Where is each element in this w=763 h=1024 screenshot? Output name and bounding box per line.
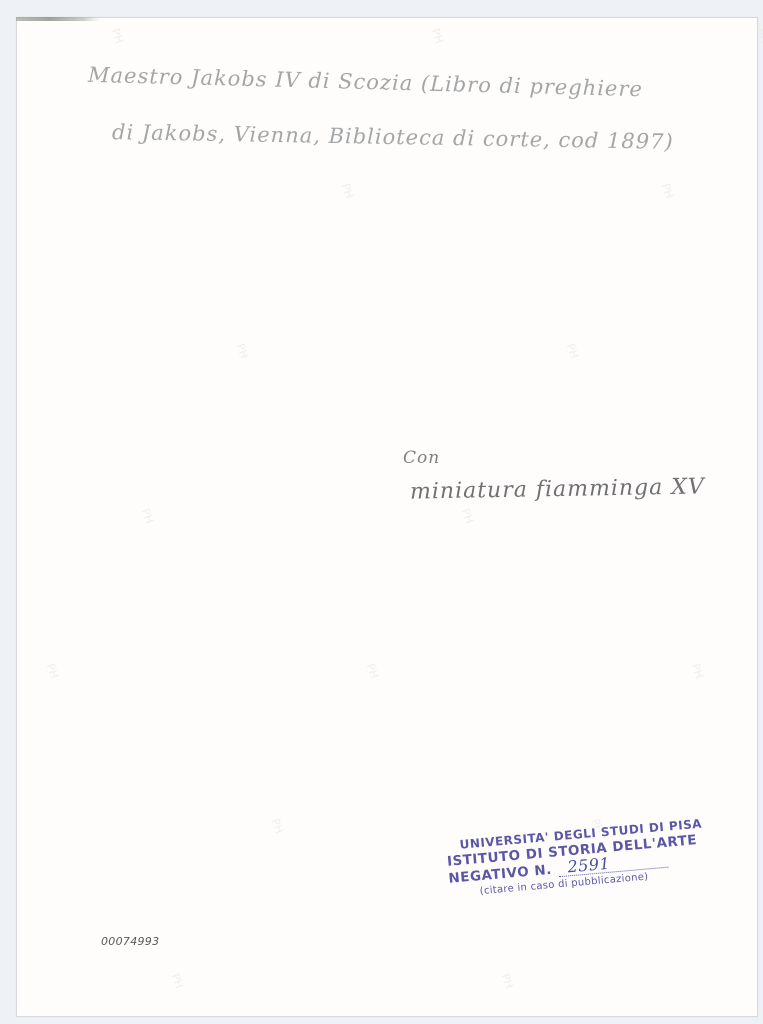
handwritten-note-line-2: miniatura fiamminga XV: [410, 474, 705, 504]
tape-residue: [16, 17, 100, 21]
handwritten-note-line-1: Con: [403, 448, 440, 468]
inventory-number: 00074993: [101, 935, 159, 948]
